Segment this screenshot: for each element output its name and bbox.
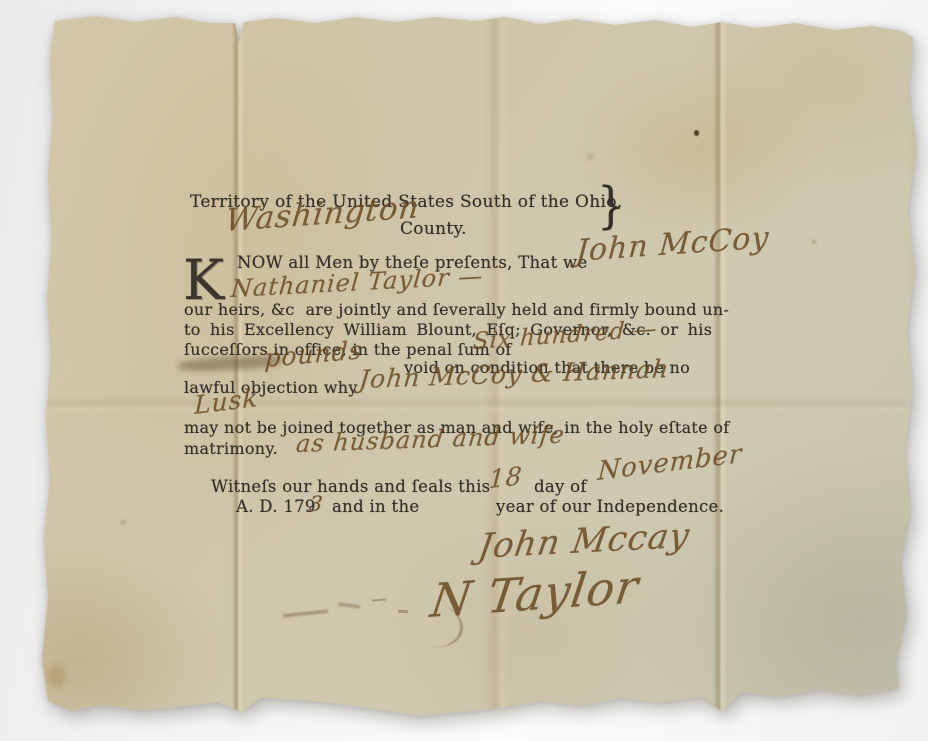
pounds-handwritten: pounds (264, 337, 363, 371)
brace-glyph: } (597, 179, 625, 236)
signature-n-taylor: N Taylor (428, 563, 642, 624)
dropcap-K: K (183, 254, 224, 306)
paper-sheet: Territory of the United States South of … (0, 0, 928, 741)
and-in-the-line: and in the (332, 498, 419, 517)
ink-mark (398, 610, 408, 614)
stain-spot (694, 130, 699, 136)
day-handwritten: 18 (488, 463, 523, 492)
scan-backdrop: Territory of the United States South of … (0, 0, 928, 741)
fold-crease-right (713, 18, 727, 719)
day-of-label: day of (534, 478, 587, 497)
independence-line: year of our Independence. (496, 498, 724, 517)
stain-spot (812, 240, 816, 244)
matrimony-label: matrimony. (184, 440, 278, 458)
husband-wife-handwritten: as husband and wife (295, 423, 566, 456)
stain-spot (586, 154, 594, 160)
fold-crease-horizontal (46, 398, 906, 414)
bride-surname-handwritten: Lusk (194, 385, 259, 418)
ink-mark (283, 610, 328, 618)
witness-line: Witneſs our hands and ſeals this (211, 478, 490, 497)
signature-john-mccay: John Mccay (476, 519, 692, 564)
year-digit-handwritten: 3 (308, 494, 325, 515)
stain-spot (48, 664, 66, 688)
document-paper: Territory of the United States South of … (0, 0, 928, 741)
ink-mark (372, 599, 386, 602)
stain-spot (120, 520, 126, 525)
ad-year-line: A. D. 179 (236, 498, 316, 517)
ink-mark (338, 602, 360, 608)
county-label: County. (400, 220, 467, 240)
